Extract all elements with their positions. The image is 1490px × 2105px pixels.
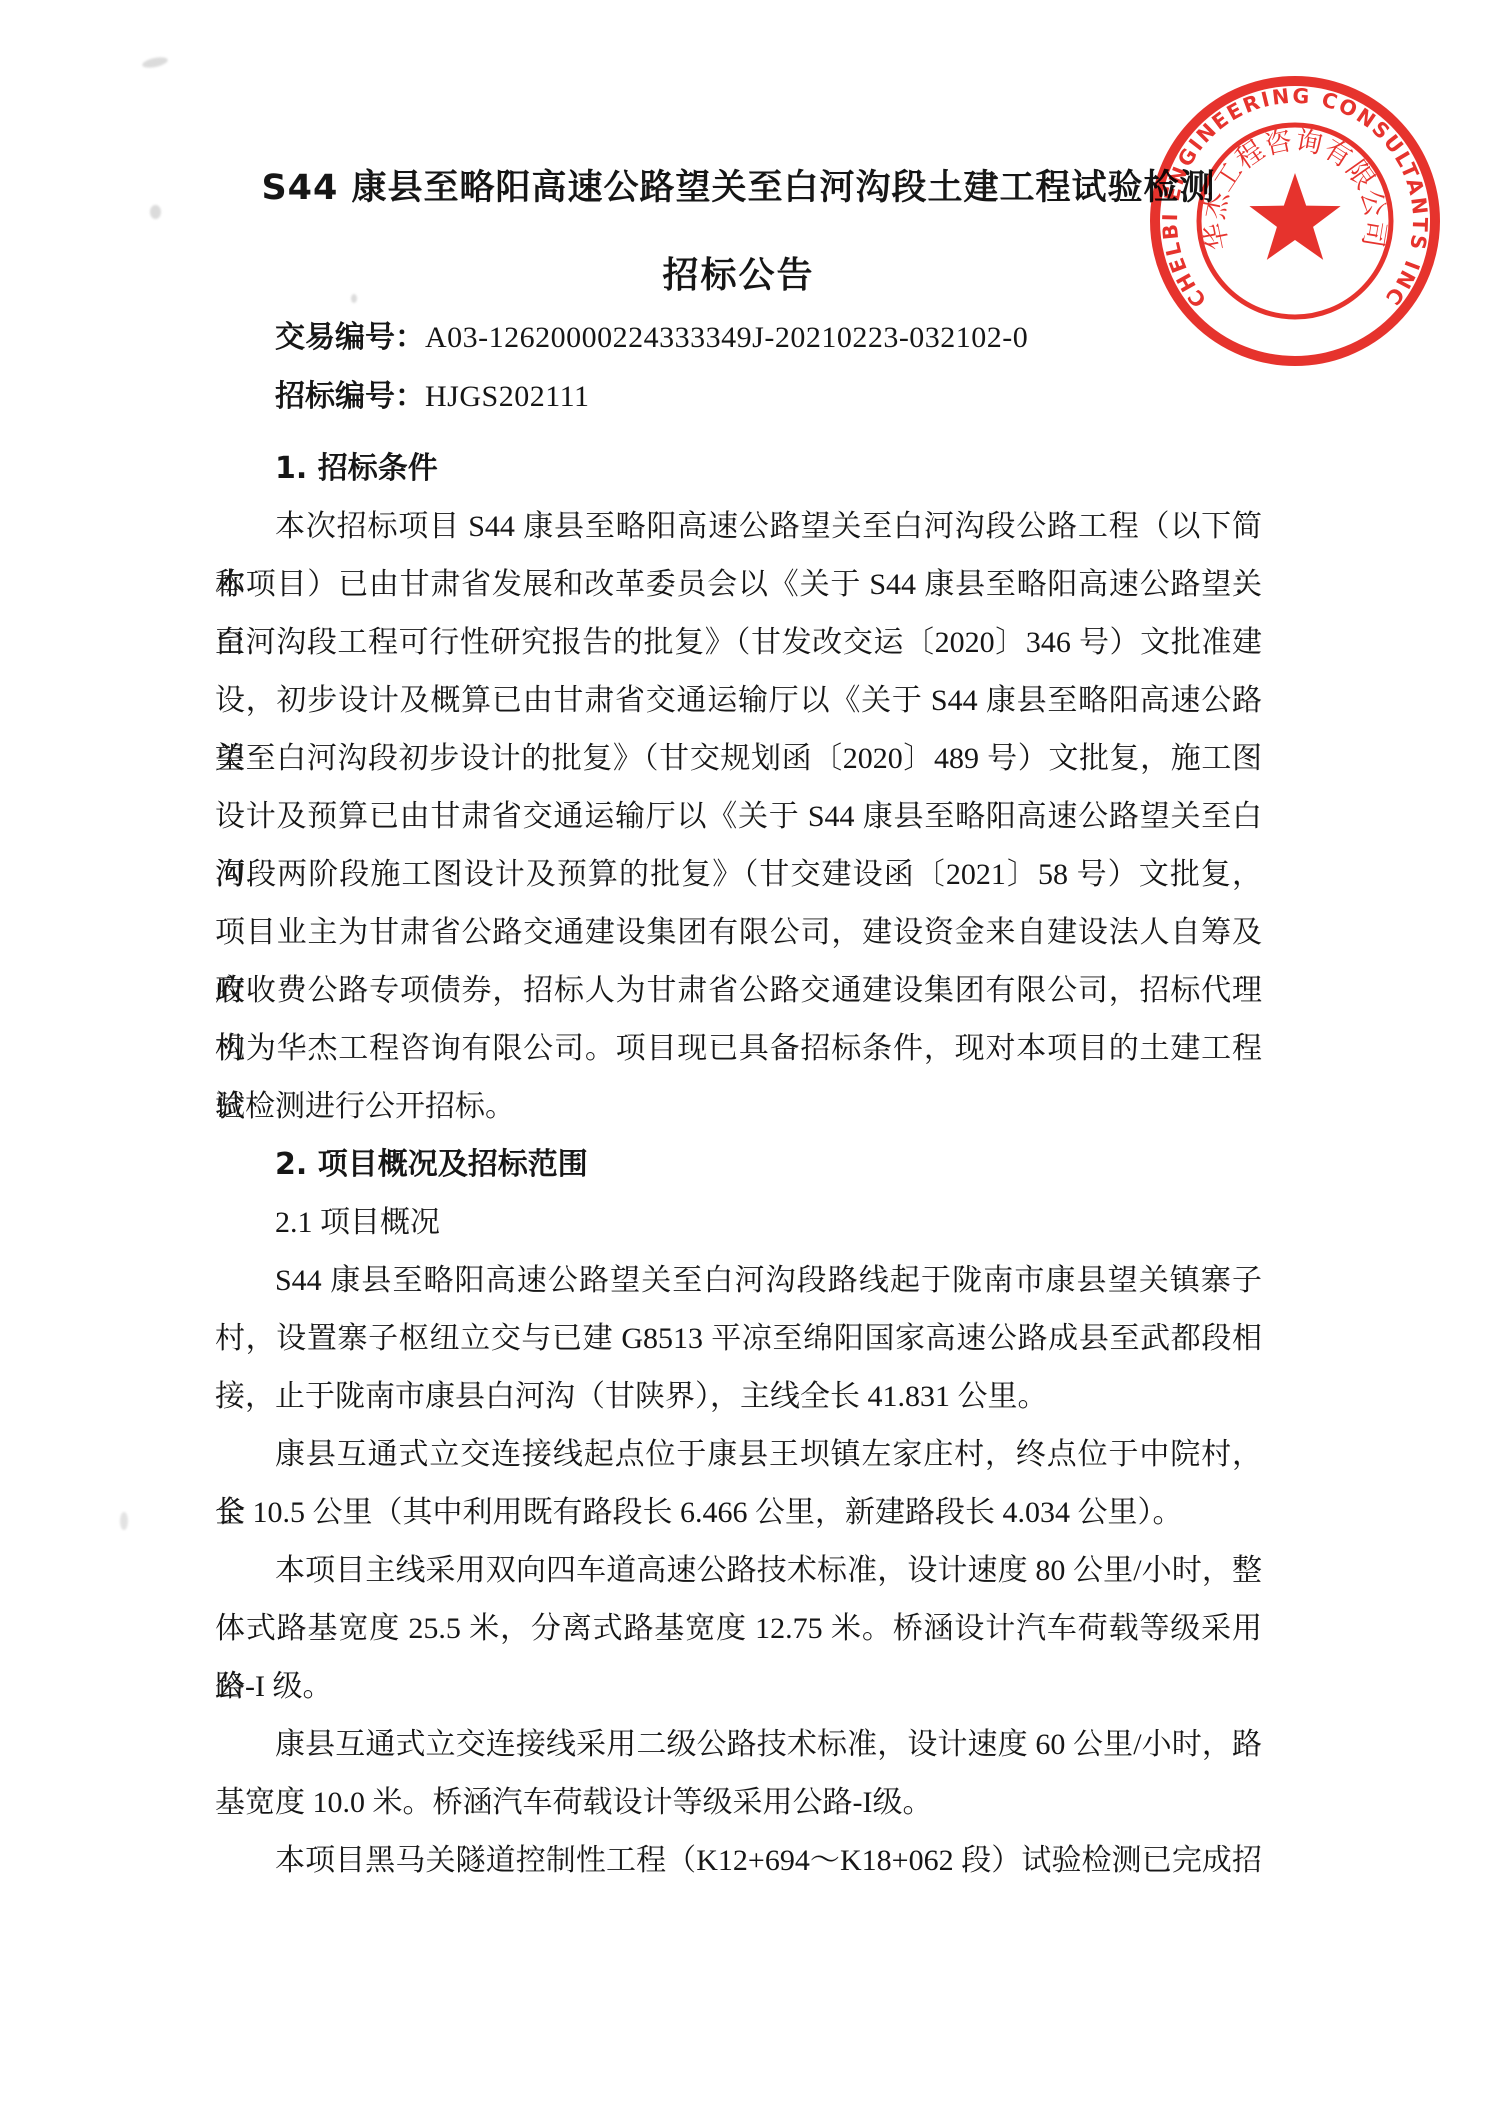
- body-line: 村，设置寨子枢纽立交与已建 G8513 平凉至绵阳国家高速公路成县至武都段相: [215, 1310, 1262, 1368]
- body-line: 白河沟段工程可行性研究报告的批复》（甘发改交运〔2020〕346 号）文批准建: [215, 614, 1262, 672]
- body-line: 构为华杰工程咨询有限公司。项目现已具备招标条件，现对本项目的土建工程试: [215, 1020, 1262, 1078]
- heading-tender-conditions: 1. 招标条件: [215, 440, 1262, 498]
- company-seal: CHELBI ENGINEERING CONSULTANTS INC 华杰工程咨…: [1145, 71, 1445, 371]
- seal-star-icon: [1249, 173, 1340, 260]
- document-title-line1: S44 康县至略阳高速公路望关至白河沟段土建工程试验检测: [215, 163, 1262, 213]
- document-meta: 交易编号：A03-12620000224333349J-20210223-032…: [275, 308, 1262, 426]
- body-line: 设，初步设计及概算已由甘肃省交通运输厅以《关于 S44 康县至略阳高速公路望: [215, 672, 1262, 730]
- transaction-number-line: 交易编号：A03-12620000224333349J-20210223-032…: [275, 308, 1262, 367]
- subheading-project-overview: 2.1 项目概况: [215, 1194, 1262, 1252]
- scan-speck: [141, 55, 168, 69]
- document-body: 1. 招标条件 本次招标项目 S44 康县至略阳高速公路望关至白河沟段公路工程（…: [215, 440, 1262, 1890]
- body-line: 长 10.5 公里（其中利用既有路段长 6.466 公里，新建路段长 4.034…: [215, 1484, 1262, 1542]
- body-line: 接，止于陇南市康县白河沟（甘陕界），主线全长 41.831 公里。: [215, 1368, 1262, 1426]
- heading-project-overview-scope: 2. 项目概况及招标范围: [215, 1136, 1262, 1194]
- body-line: 验检测进行公开招标。: [215, 1078, 1262, 1136]
- body-line: 康县互通式立交连接线采用二级公路技术标准，设计速度 60 公里/小时，路: [215, 1716, 1262, 1774]
- document-title-line2: 招标公告: [215, 250, 1262, 302]
- body-line: 本次招标项目 S44 康县至略阳高速公路望关至白河沟段公路工程（以下简称：: [215, 498, 1262, 556]
- scan-speck: [150, 205, 161, 219]
- scanned-tender-announcement-page: S44 康县至略阳高速公路望关至白河沟段土建工程试验检测 招标公告 交易编号：A…: [0, 0, 1490, 2105]
- scan-speck: [120, 1512, 128, 1530]
- body-line: 本项目）已由甘肃省发展和改革委员会以《关于 S44 康县至略阳高速公路望关至: [215, 556, 1262, 614]
- transaction-number-value: A03-12620000224333349J-20210223-032102-0: [425, 321, 1028, 354]
- body-line: 沟段两阶段施工图设计及预算的批复》（甘交建设函〔2021〕58 号）文批复，: [215, 846, 1262, 904]
- tender-number-line: 招标编号：HJGS202111: [275, 367, 1262, 426]
- tender-number-value: HJGS202111: [425, 380, 589, 413]
- body-line: 关至白河沟段初步设计的批复》（甘交规划函〔2020〕489 号）文批复，施工图: [215, 730, 1262, 788]
- scan-speck: [351, 294, 357, 303]
- body-line: 本项目主线采用双向四车道高速公路技术标准，设计速度 80 公里/小时，整: [215, 1542, 1262, 1600]
- body-line: 体式路基宽度 25.5 米，分离式路基宽度 12.75 米。桥涵设计汽车荷载等级…: [215, 1600, 1262, 1658]
- body-line: 康县互通式立交连接线起点位于康县王坝镇左家庄村，终点位于中院村，全: [215, 1426, 1262, 1484]
- transaction-number-label: 交易编号：: [275, 320, 425, 355]
- body-line: 府收费公路专项债券，招标人为甘肃省公路交通建设集团有限公司，招标代理机: [215, 962, 1262, 1020]
- body-line: 设计及预算已由甘肃省交通运输厅以《关于 S44 康县至略阳高速公路望关至白河: [215, 788, 1262, 846]
- body-line: 项目业主为甘肃省公路交通建设集团有限公司，建设资金来自建设法人自筹及政: [215, 904, 1262, 962]
- tender-number-label: 招标编号：: [275, 379, 425, 414]
- body-line: 路-I 级。: [215, 1658, 1262, 1716]
- body-line: S44 康县至略阳高速公路望关至白河沟段路线起于陇南市康县望关镇寨子: [215, 1252, 1262, 1310]
- body-line: 本项目黑马关隧道控制性工程（K12+694～K18+062 段）试验检测已完成招: [215, 1832, 1262, 1890]
- body-line: 基宽度 10.0 米。桥涵汽车荷载设计等级采用公路-I级。: [215, 1774, 1262, 1832]
